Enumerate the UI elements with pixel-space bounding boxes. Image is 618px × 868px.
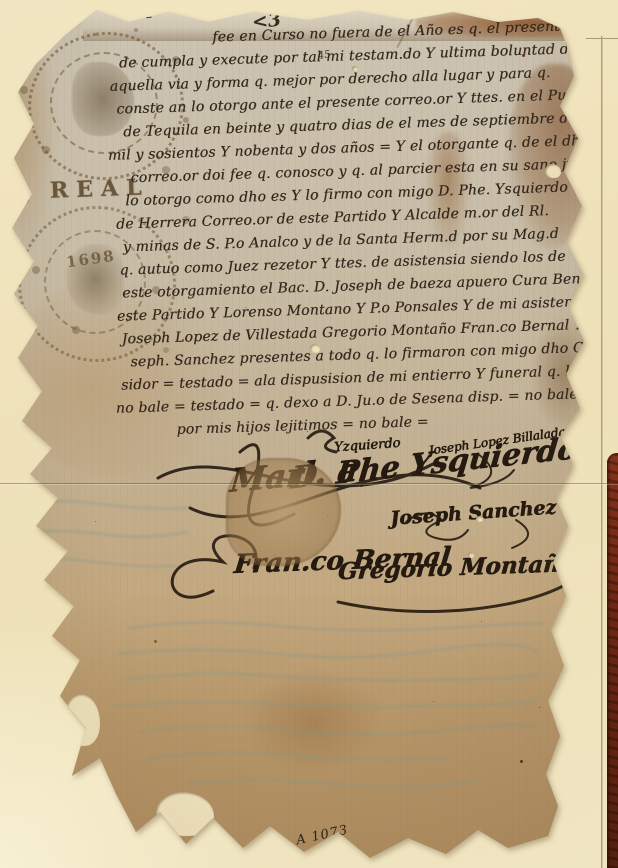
paper-hole xyxy=(310,344,320,353)
stain xyxy=(248,674,378,769)
stain xyxy=(426,132,470,250)
text-line: correo.or doi fee q. conosco y q. al par… xyxy=(130,153,588,190)
coat-of-arms-icon xyxy=(66,244,124,314)
text-line: sidor = testado = ala dispusision de mi … xyxy=(121,360,595,398)
seal-ring-icon xyxy=(10,198,183,370)
text-line: no bale = testado = q. dexo a D. Ju.o de… xyxy=(116,383,596,421)
archive-number-mark: A 1073 xyxy=(295,823,350,849)
text-line: conste an lo otorgo ante el presente cor… xyxy=(116,84,586,122)
seal-year: 1698 xyxy=(65,247,117,272)
folded-top-edge xyxy=(83,6,575,41)
text-line: fee en Curso no fuera de el Año es q. el… xyxy=(212,15,585,50)
book-spine-edge xyxy=(607,453,618,868)
stain xyxy=(8,42,54,252)
manuscript-paper: REAL 1698 2 <3 45 fee en Curso no fuera … xyxy=(8,6,594,862)
top-mark-center: <3 xyxy=(251,9,282,34)
ink-specks xyxy=(8,6,11,9)
stain xyxy=(8,596,594,862)
seal-ornament-noise xyxy=(14,18,18,22)
seal-ring-icon xyxy=(50,52,158,154)
stain xyxy=(532,318,598,428)
text-line: de Tequila en beinte y quatro dias de el… xyxy=(123,107,587,145)
signature-montano: Gregorio Montaño xyxy=(337,550,576,585)
signature-rubric-1: Marl. a xyxy=(229,450,360,500)
signature-sanchez: Joseph Sanchez xyxy=(389,496,556,530)
stain xyxy=(508,64,598,249)
text-line: lo otorgo como dho es Y lo firmo con mig… xyxy=(125,176,589,214)
seal-real-label: REAL xyxy=(50,174,150,203)
scanned-manuscript-page: REAL 1698 2 <3 45 fee en Curso no fuera … xyxy=(0,0,618,868)
verso-bleed-through xyxy=(8,6,594,862)
text-line: q. autuo como Juez rezetor Y ttes. de as… xyxy=(119,245,591,283)
margin-note: los bienes xyxy=(16,600,48,662)
seal-ring-icon xyxy=(44,230,146,334)
handwritten-text-block: fee en Curso no fuera de el Año es q. el… xyxy=(104,15,597,444)
text-line: mil y sosientos Y nobenta y dos años = Y… xyxy=(108,130,588,168)
paper-hole xyxy=(468,552,474,558)
text-line: y minas de S. P.o Analco y de la Santa H… xyxy=(122,222,590,260)
signature-witness-top: Joseph Lopez Billalada xyxy=(428,424,567,457)
photo-seam-line xyxy=(0,483,618,484)
text-line: de Herrera Correo.or de este Partido Y A… xyxy=(116,199,590,237)
text-line: aquella via y forma q. mejor por derecho… xyxy=(109,61,585,99)
text-line: por mis hijos lejitimos = no bale = xyxy=(176,406,597,442)
royal-paper-seal: REAL 1698 xyxy=(14,18,224,368)
seal-ring-icon xyxy=(18,22,193,190)
torn-layer-patch xyxy=(226,458,341,566)
text-line: este Partido Y Lorenso Montano Y P.o Pon… xyxy=(117,291,593,329)
text-line: Joseph Lopez de Villestada Gregorio Mont… xyxy=(121,314,593,352)
paper-hole xyxy=(352,66,358,71)
signature-bernal: Fran.co Bernal xyxy=(232,542,452,580)
text-line: seph. Sanchez presentes a todo q. lo fir… xyxy=(130,337,594,375)
text-line: este otorgamiento el Bac. D. Joseph de b… xyxy=(122,268,592,306)
torn-paper-sheet: REAL 1698 2 <3 45 fee en Curso no fuera … xyxy=(8,6,594,862)
closing-word: Yzquierdo xyxy=(334,436,401,456)
paper-hole xyxy=(545,164,561,178)
text-line: de cumpla y execute por tal mi testam.do… xyxy=(119,38,585,76)
backing-sheet-edge-line xyxy=(601,36,603,868)
top-mark-left: 2 xyxy=(146,8,153,21)
stain xyxy=(416,8,584,38)
signature-flourishes xyxy=(8,6,594,862)
signature-main: D. Phe Ysquierdo xyxy=(289,431,579,497)
stain xyxy=(12,278,227,478)
top-mark-small: 45 xyxy=(317,49,331,62)
paper-hole xyxy=(476,516,483,522)
paper-hole xyxy=(64,694,100,746)
paper-crease xyxy=(396,10,417,48)
coat-of-arms-icon xyxy=(72,62,134,136)
paper-hole xyxy=(156,792,214,836)
